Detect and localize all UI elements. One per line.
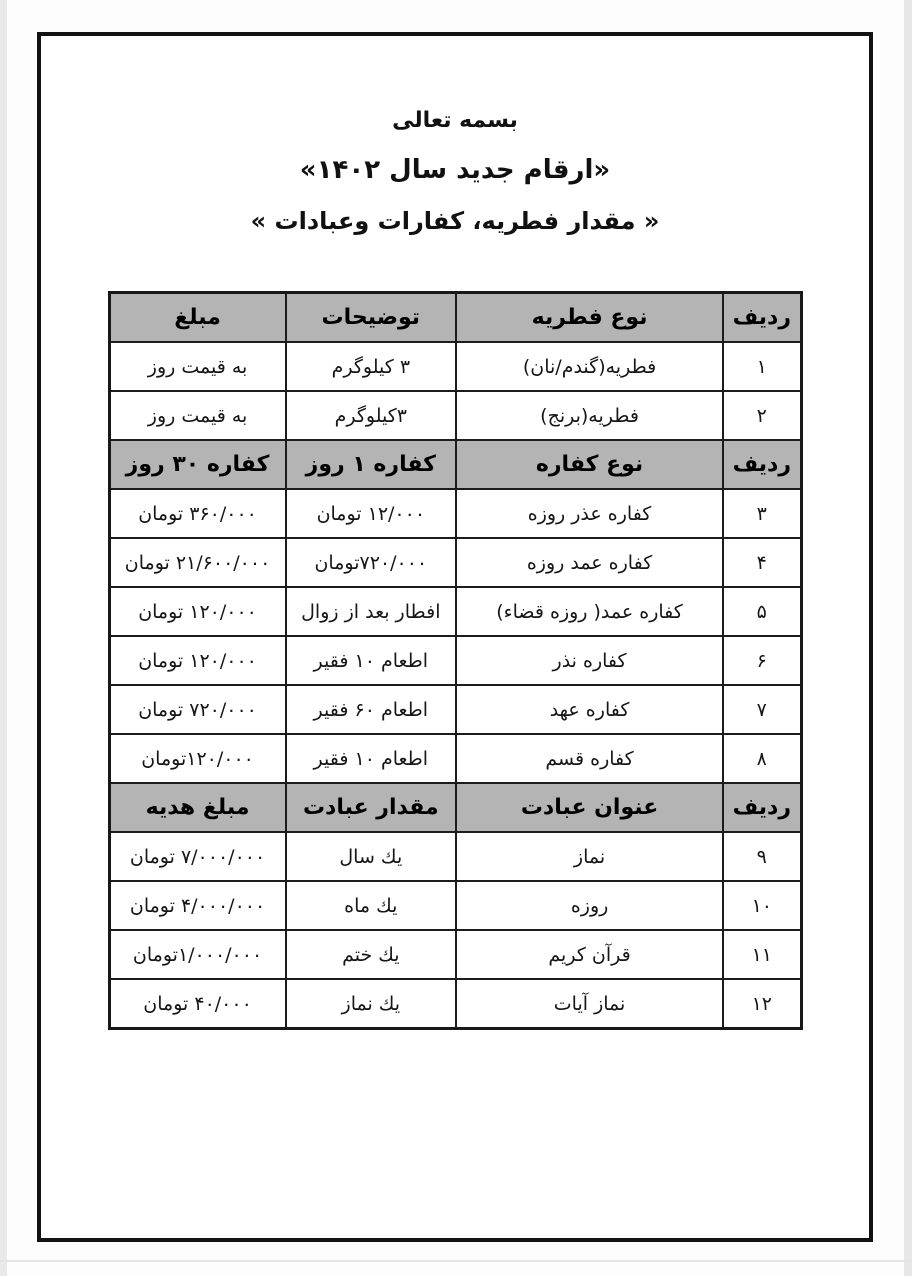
table-cell: اطعام ۱۰ فقیر [286, 734, 456, 783]
table-row: ۱ فطریه(گندم/نان) ۳ کیلوگرم به قیمت روز [109, 342, 801, 391]
header-cell-ebadat-amount: مقدار عبادت [286, 783, 456, 832]
table-cell: اطعام ۱۰ فقیر [286, 636, 456, 685]
table-cell: ۱/۰۰۰/۰۰۰تومان [109, 930, 286, 979]
table-row: ۱۱ قرآن کریم یك ختم ۱/۰۰۰/۰۰۰تومان [109, 930, 801, 979]
table-cell: به قیمت روز [109, 342, 286, 391]
table-cell: ۳۶۰/۰۰۰ تومان [109, 489, 286, 538]
header-cell-fitriyeh-type: نوع فطریه [456, 293, 723, 343]
table-cell: به قیمت روز [109, 391, 286, 440]
table-cell: ۱۲ [723, 979, 801, 1029]
table-row: ۱۲ نماز آیات یك نماز ۴۰/۰۰۰ تومان [109, 979, 801, 1029]
table-cell: ۲۱/۶۰۰/۰۰۰ تومان [109, 538, 286, 587]
document-table: ردیف نوع فطریه توضیحات مبلغ ۱ فطریه(گندم… [108, 291, 803, 1030]
header-cell-amount: مبلغ [109, 293, 286, 343]
table-row: ۶ کفاره نذر اطعام ۱۰ فقیر ۱۲۰/۰۰۰ تومان [109, 636, 801, 685]
table-cell: ۷/۰۰۰/۰۰۰ تومان [109, 832, 286, 881]
table-cell: ۴ [723, 538, 801, 587]
table-cell: ۵ [723, 587, 801, 636]
table-cell: فطریه(گندم/نان) [456, 342, 723, 391]
table-cell: یك نماز [286, 979, 456, 1029]
table-cell: ۳ [723, 489, 801, 538]
title-year-line: «ارقام جدید سال ۱۴۰۲» [41, 155, 869, 185]
table-cell: ۱۲۰/۰۰۰ تومان [109, 636, 286, 685]
table-cell: فطریه(برنج) [456, 391, 723, 440]
table-cell: ۱ [723, 342, 801, 391]
table-cell: ۹ [723, 832, 801, 881]
table-row: ۸ کفاره قسم اطعام ۱۰ فقیر ۱۲۰/۰۰۰تومان [109, 734, 801, 783]
bismillah-line: بسمه تعالی [41, 108, 869, 133]
table-cell: ۱۲/۰۰۰ تومان [286, 489, 456, 538]
header-cell-radif: ردیف [723, 293, 801, 343]
table-cell: ۳کیلوگرم [286, 391, 456, 440]
table-row: ۲ فطریه(برنج) ۳کیلوگرم به قیمت روز [109, 391, 801, 440]
table-cell: یك ختم [286, 930, 456, 979]
scan-edge-right [904, 0, 912, 1276]
header-cell-description: توضیحات [286, 293, 456, 343]
header-cell-kaffarah-type: نوع کفاره [456, 440, 723, 489]
table-cell: کفاره عذر روزه [456, 489, 723, 538]
table-cell: ۷۲۰/۰۰۰تومان [286, 538, 456, 587]
header-cell-kaffarah-30day: کفاره ۳۰ روز [109, 440, 286, 489]
header-row-kaffarah: ردیف نوع کفاره کفاره ۱ روز کفاره ۳۰ روز [109, 440, 801, 489]
table-row: ۷ کفاره عهد اطعام ۶۰ فقیر ۷۲۰/۰۰۰ تومان [109, 685, 801, 734]
table-cell: یك سال [286, 832, 456, 881]
table-cell: نماز [456, 832, 723, 881]
table-cell: کفاره قسم [456, 734, 723, 783]
table-cell: ۷ [723, 685, 801, 734]
table-cell: ۱۰ [723, 881, 801, 930]
table-cell: قرآن کریم [456, 930, 723, 979]
table-cell: ۲ [723, 391, 801, 440]
title-subject-line: « مقدار فطریه، کفارات وعبادات » [41, 207, 869, 235]
table-cell: اطعام ۶۰ فقیر [286, 685, 456, 734]
title-block: بسمه تعالی «ارقام جدید سال ۱۴۰۲» « مقدار… [41, 36, 869, 235]
scan-edge-left [0, 0, 7, 1276]
header-row-fitriyeh: ردیف نوع فطریه توضیحات مبلغ [109, 293, 801, 343]
header-row-ebadat: ردیف عنوان عبادت مقدار عبادت مبلغ هدیه [109, 783, 801, 832]
table-row: ۵ کفاره عمد( روزه قضاء) افطار بعد از زوا… [109, 587, 801, 636]
table-cell: روزه [456, 881, 723, 930]
table-row: ۳ کفاره عذر روزه ۱۲/۰۰۰ تومان ۳۶۰/۰۰۰ تو… [109, 489, 801, 538]
table-cell: ۴۰/۰۰۰ تومان [109, 979, 286, 1029]
page-frame: بسمه تعالی «ارقام جدید سال ۱۴۰۲» « مقدار… [37, 32, 873, 1242]
table-row: ۹ نماز یك سال ۷/۰۰۰/۰۰۰ تومان [109, 832, 801, 881]
header-cell-radif: ردیف [723, 440, 801, 489]
table-row: ۱۰ روزه یك ماه ۴/۰۰۰/۰۰۰ تومان [109, 881, 801, 930]
header-cell-gift-amount: مبلغ هدیه [109, 783, 286, 832]
table-cell: ۷۲۰/۰۰۰ تومان [109, 685, 286, 734]
table-row: ۴ کفاره عمد روزه ۷۲۰/۰۰۰تومان ۲۱/۶۰۰/۰۰۰… [109, 538, 801, 587]
table-cell: کفاره عمد روزه [456, 538, 723, 587]
table-cell: ۱۲۰/۰۰۰ تومان [109, 587, 286, 636]
header-cell-kaffarah-1day: کفاره ۱ روز [286, 440, 456, 489]
table-cell: ۴/۰۰۰/۰۰۰ تومان [109, 881, 286, 930]
table-cell: ۱۱ [723, 930, 801, 979]
table-cell: یك ماه [286, 881, 456, 930]
table-cell: ۶ [723, 636, 801, 685]
table-cell: ۱۲۰/۰۰۰تومان [109, 734, 286, 783]
table-cell: کفاره عهد [456, 685, 723, 734]
scan-edge-bottom [0, 1260, 912, 1262]
table-cell: ۳ کیلوگرم [286, 342, 456, 391]
table-cell: نماز آیات [456, 979, 723, 1029]
table-cell: کفاره نذر [456, 636, 723, 685]
table-cell: افطار بعد از زوال [286, 587, 456, 636]
table-cell: کفاره عمد( روزه قضاء) [456, 587, 723, 636]
header-cell-ebadat-title: عنوان عبادت [456, 783, 723, 832]
header-cell-radif: ردیف [723, 783, 801, 832]
table-cell: ۸ [723, 734, 801, 783]
